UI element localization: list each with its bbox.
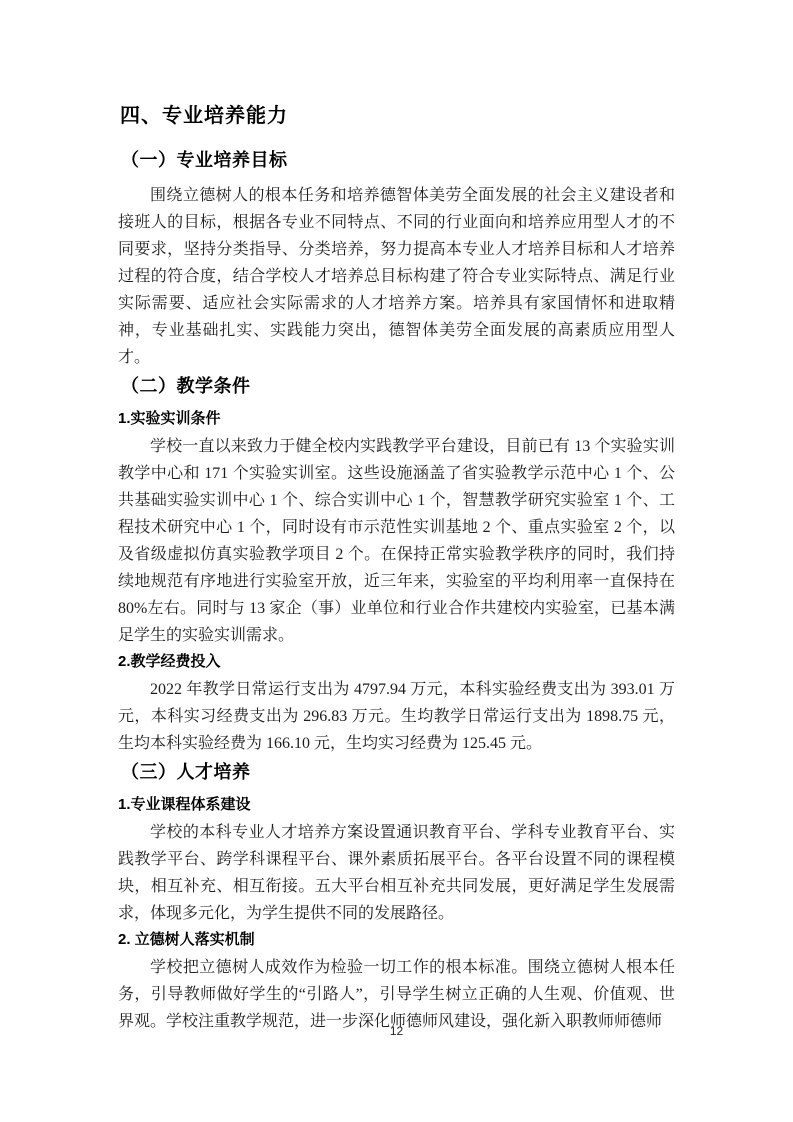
subhead-curriculum-system: 1.专业课程体系建设 xyxy=(118,794,675,815)
section-title-2: （二）教学条件 xyxy=(121,374,675,398)
paragraph-curriculum-system: 学校的本科专业人才培养方案设置通识教育平台、学科专业教育平台、实践教学平台、跨学… xyxy=(118,819,675,927)
section-title-3: （三）人才培养 xyxy=(121,760,675,784)
paragraph-moral-education-mechanism: 学校把立德树人成效作为检验一切工作的根本标准。围绕立德树人根本任务，引导教师做好… xyxy=(118,954,675,1035)
document-page: 四、专业培养能力 （一）专业培养目标 围绕立德树人的根本任务和培养德智体美劳全面… xyxy=(0,0,793,1122)
subhead-moral-education-mechanism: 2. 立德树人落实机制 xyxy=(118,929,675,950)
paragraph-lab-training-conditions: 学校一直以来致力于健全校内实践教学平台建设，目前已有 13 个实验实训教学中心和… xyxy=(118,433,675,649)
subhead-lab-training-conditions: 1.实验实训条件 xyxy=(118,408,675,429)
paragraph-training-goal: 围绕立德树人的根本任务和培养德智体美劳全面发展的社会主义建设者和接班人的目标，根… xyxy=(118,182,675,371)
page-number: 12 xyxy=(0,1024,793,1038)
subhead-teaching-funds: 2.教学经费投入 xyxy=(118,651,675,672)
section-title-1: （一）专业培养目标 xyxy=(121,148,675,172)
chapter-title: 四、专业培养能力 xyxy=(120,103,675,129)
paragraph-teaching-funds: 2022 年教学日常运行支出为 4797.94 万元，本科实验经费支出为 393… xyxy=(118,676,675,757)
